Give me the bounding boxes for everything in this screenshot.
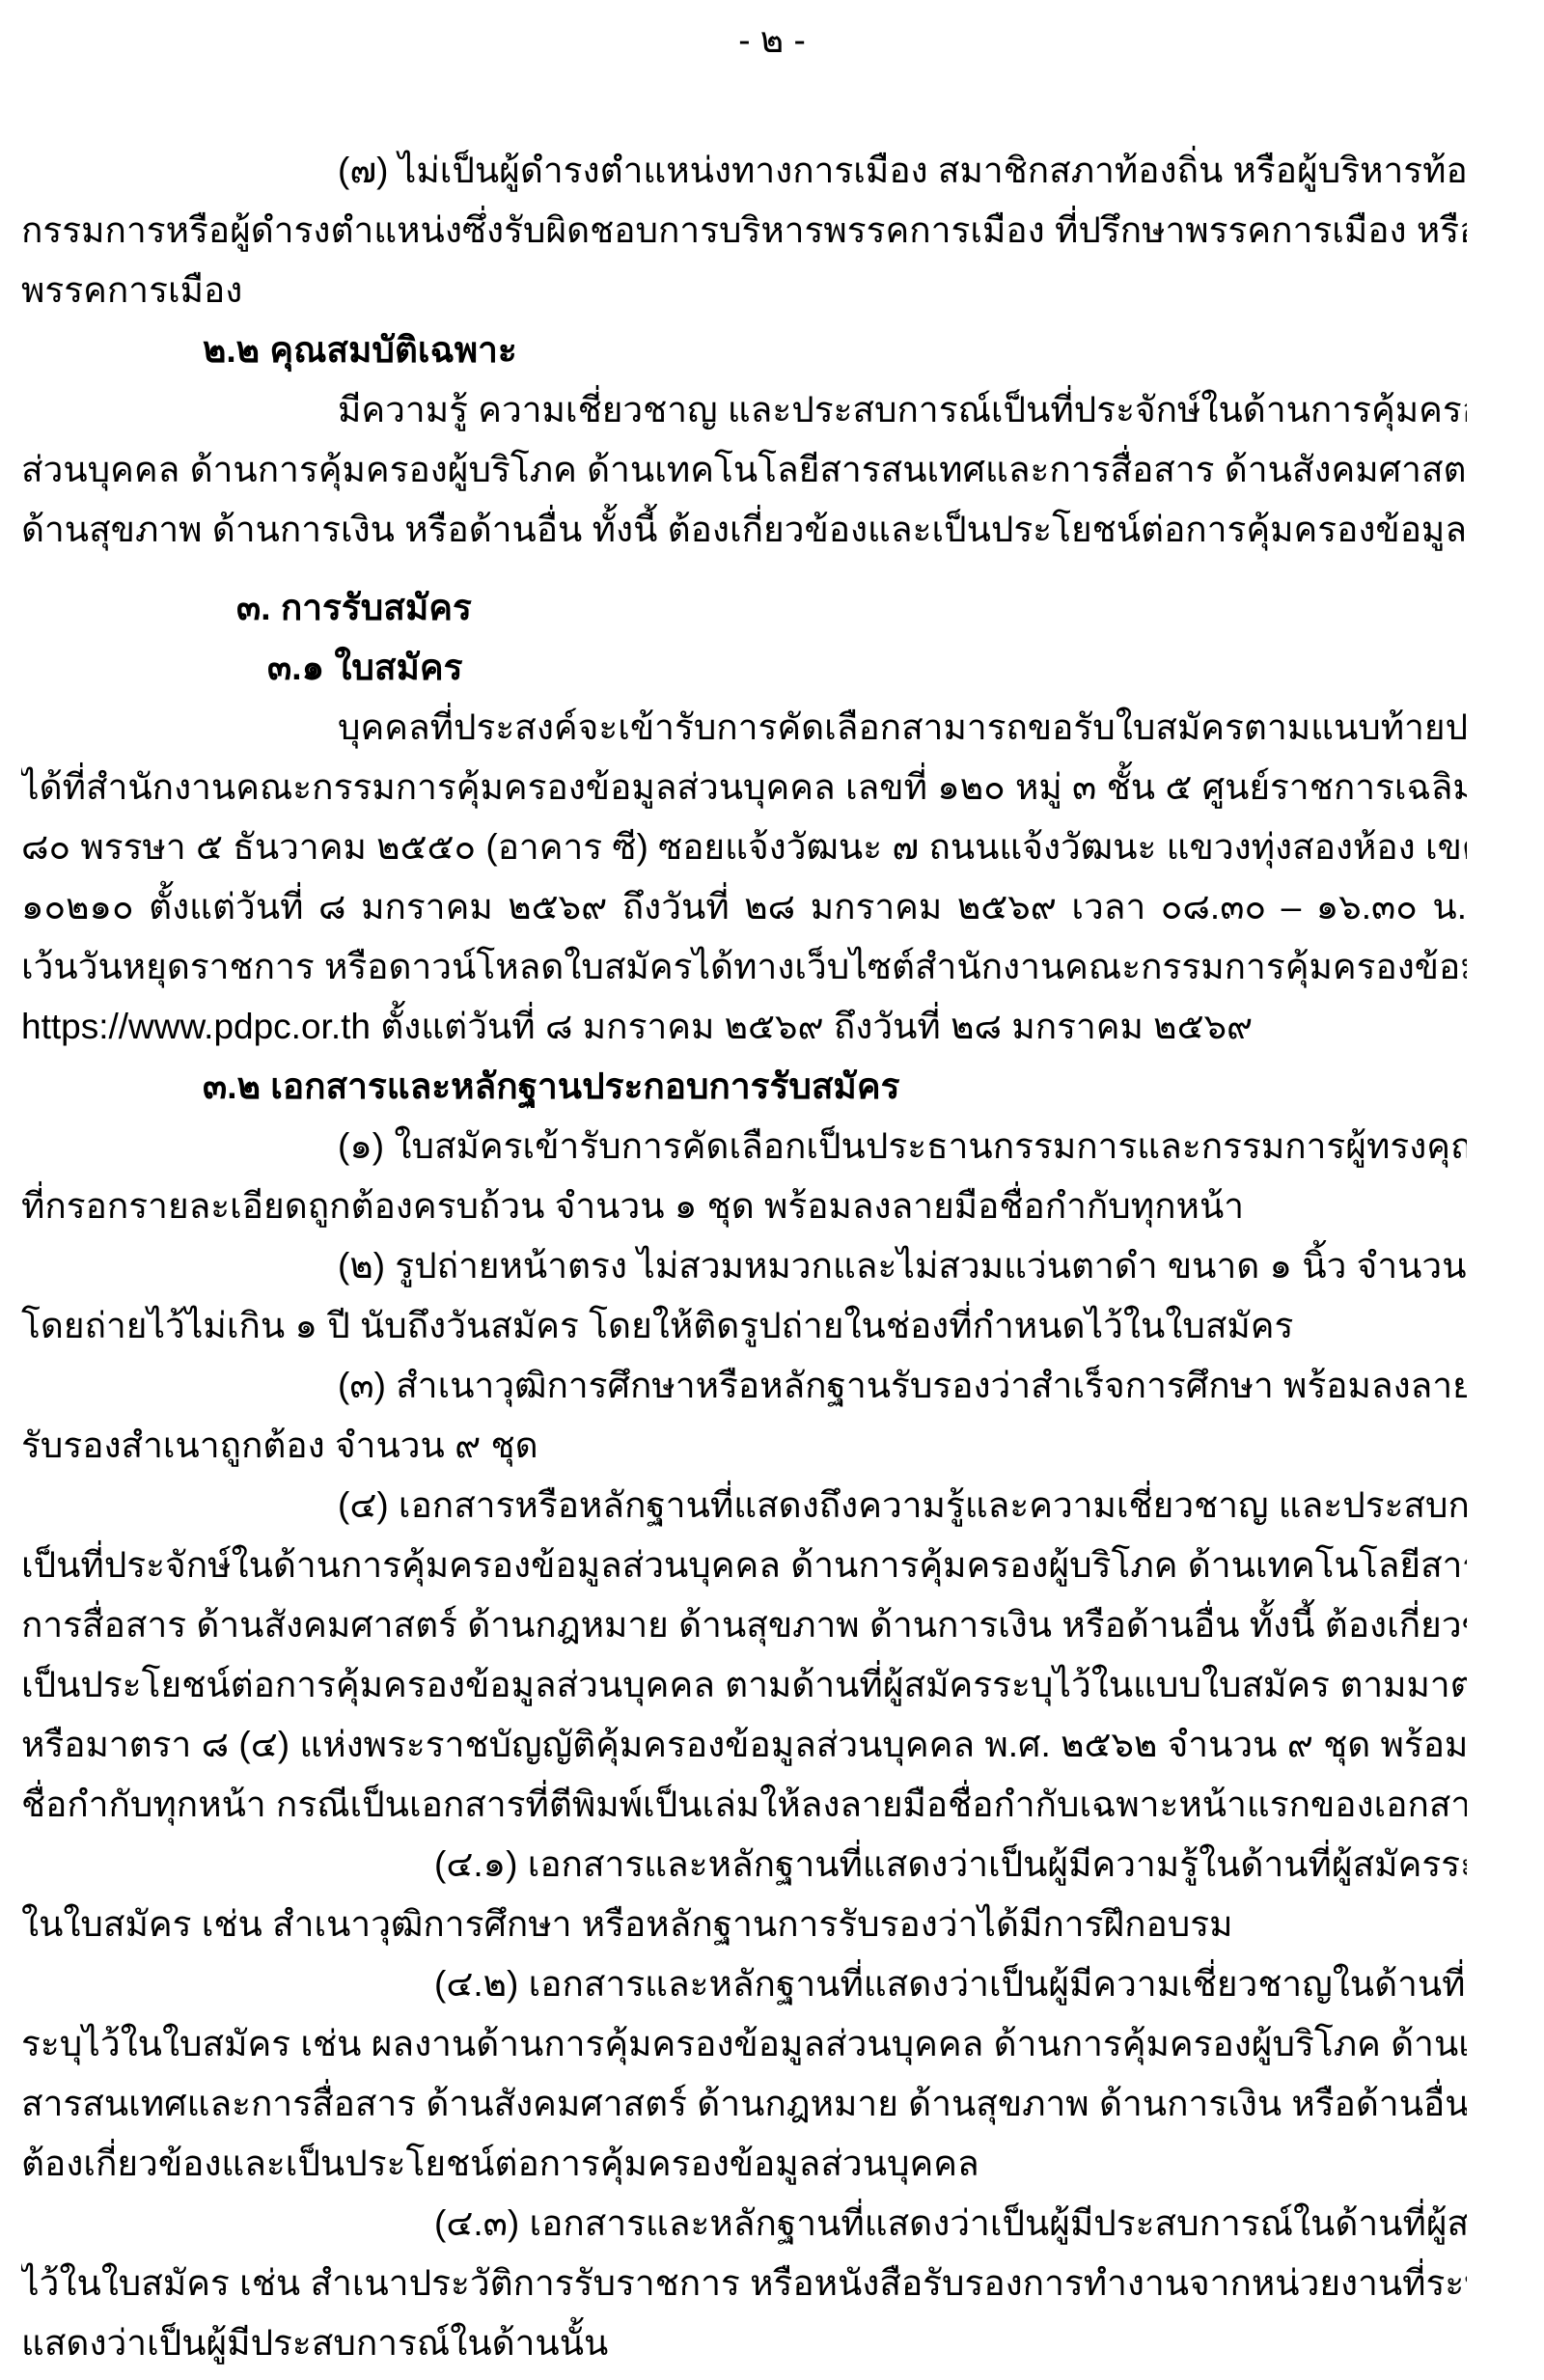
doc-line-item-4-3: (๔.๓) เอกสารและหลักฐานที่แสดงว่าเป็นผู้ม… [21, 2194, 1467, 2254]
doc-line: รับรองสำเนาถูกต้อง จำนวน ๙ ชุด [21, 1416, 1467, 1476]
doc-line: พรรคการเมือง [21, 261, 1467, 320]
doc-line: การสื่อสาร ด้านสังคมศาสตร์ ด้านกฎหมาย ด้… [21, 1595, 1467, 1655]
doc-line: มีความรู้ ความเชี่ยวชาญ และประสบการณ์เป็… [21, 380, 1467, 440]
doc-line: แสดงว่าเป็นผู้มีประสบการณ์ในด้านนั้น [21, 2313, 1467, 2373]
doc-line: สารสนเทศและการสื่อสาร ด้านสังคมศาสตร์ ด้… [21, 2074, 1467, 2134]
section-heading-3: ๓. การรับสมัคร [21, 578, 1467, 638]
doc-line: เป็นที่ประจักษ์ในด้านการคุ้มครองข้อมูลส่… [21, 1536, 1467, 1595]
doc-line: ชื่อกำกับทุกหน้า กรณีเป็นเอกสารที่ตีพิมพ… [21, 1775, 1467, 1835]
section-heading-3-1: ๓.๑ ใบสมัคร [21, 638, 1467, 698]
doc-line: ไว้ในใบสมัคร เช่น สำเนาประวัติการรับราชก… [21, 2254, 1467, 2313]
page-number: - ๒ - [0, 14, 1544, 68]
doc-line-item-4-2: (๔.๒) เอกสารและหลักฐานที่แสดงว่าเป็นผู้ม… [21, 1954, 1467, 2014]
document-body: (๗) ไม่เป็นผู้ดำรงตำแหน่งทางการเมือง สมา… [21, 141, 1467, 2373]
doc-line-website-url: https://www.pdpc.or.th ตั้งแต่วันที่ ๘ ม… [21, 997, 1467, 1057]
doc-line: โดยถ่ายไว้ไม่เกิน ๑ ปี นับถึงวันสมัคร โด… [21, 1296, 1467, 1356]
document-page: - ๒ - (๗) ไม่เป็นผู้ดำรงตำแหน่งทางการเมื… [0, 0, 1544, 2380]
doc-line: ในใบสมัคร เช่น สำเนาวุฒิการศึกษา หรือหลั… [21, 1895, 1467, 1954]
section-heading-3-2: ๓.๒ เอกสารและหลักฐานประกอบการรับสมัคร [21, 1057, 1467, 1117]
doc-line: ๑๐๒๑๐ ตั้งแต่วันที่ ๘ มกราคม ๒๕๖๙ ถึงวัน… [21, 877, 1467, 937]
doc-line: ด้านสุขภาพ ด้านการเงิน หรือด้านอื่น ทั้ง… [21, 500, 1467, 560]
doc-line: เว้นวันหยุดราชการ หรือดาวน์โหลดใบสมัครได… [21, 937, 1467, 997]
doc-line-item-4: (๔) เอกสารหรือหลักฐานที่แสดงถึงความรู้แล… [21, 1476, 1467, 1536]
section-heading-2-2: ๒.๒ คุณสมบัติเฉพาะ [21, 320, 1467, 380]
doc-line: (๗) ไม่เป็นผู้ดำรงตำแหน่งทางการเมือง สมา… [21, 141, 1467, 201]
doc-line: ระบุไว้ในใบสมัคร เช่น ผลงานด้านการคุ้มคร… [21, 2014, 1467, 2074]
doc-line: หรือมาตรา ๘ (๔) แห่งพระราชบัญญัติคุ้มครอ… [21, 1715, 1467, 1775]
doc-line-item-3: (๓) สำเนาวุฒิการศึกษาหรือหลักฐานรับรองว่… [21, 1356, 1467, 1416]
doc-line-item-4-1: (๔.๑) เอกสารและหลักฐานที่แสดงว่าเป็นผู้ม… [21, 1835, 1467, 1895]
doc-line: กรรมการหรือผู้ดำรงตำแหน่งซึ่งรับผิดชอบกา… [21, 201, 1467, 261]
doc-line: ได้ที่สำนักงานคณะกรรมการคุ้มครองข้อมูลส่… [21, 758, 1467, 817]
doc-line: ส่วนบุคคล ด้านการคุ้มครองผู้บริโภค ด้านเ… [21, 440, 1467, 500]
doc-line: ๘๐ พรรษา ๕ ธันวาคม ๒๕๕๐ (อาคาร ซี) ซอยแจ… [21, 817, 1467, 877]
doc-line: ที่กรอกรายละเอียดถูกต้องครบถ้วน จำนวน ๑ … [21, 1176, 1467, 1236]
doc-line: เป็นประโยชน์ต่อการคุ้มครองข้อมูลส่วนบุคค… [21, 1655, 1467, 1715]
doc-line: ต้องเกี่ยวข้องและเป็นประโยชน์ต่อการคุ้มค… [21, 2134, 1467, 2194]
doc-line: บุคคลที่ประสงค์จะเข้ารับการคัดเลือกสามาร… [21, 698, 1467, 758]
doc-line-item-2: (๒) รูปถ่ายหน้าตรง ไม่สวมหมวกและไม่สวมแว… [21, 1236, 1467, 1296]
doc-line-item-1: (๑) ใบสมัครเข้ารับการคัดเลือกเป็นประธานก… [21, 1117, 1467, 1176]
